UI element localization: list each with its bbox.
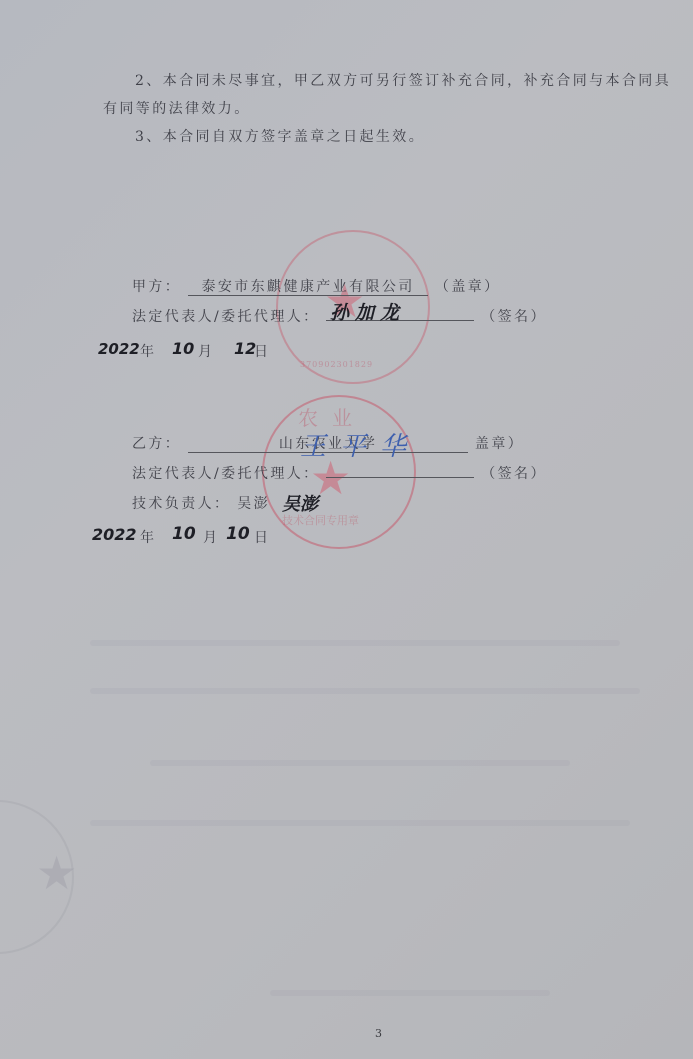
party-a-row: 甲方： 泰安市东麒健康产业有限公司 （盖章） <box>132 276 501 296</box>
contract-page: 2、本合同未尽事宜，甲乙双方可另行签订补充合同，补充合同与本合同具 有同等的法律… <box>0 0 693 1059</box>
party-a-date-year-suffix: 年 <box>140 341 156 361</box>
bleed-through-text <box>90 820 630 826</box>
party-b-date-month-suffix: 月 <box>203 527 219 547</box>
party-a-name: 泰安市东麒健康产业有限公司 <box>188 279 428 296</box>
party-a-seal-number: 370902301829 <box>300 360 373 369</box>
clause-2-line-1: 2、本合同未尽事宜，甲乙双方可另行签订补充合同，补充合同与本合同具 <box>135 70 671 90</box>
party-b-seal-note: 盖章） <box>475 436 524 452</box>
bleed-through-star-icon: ★ <box>36 850 77 896</box>
party-a-date-day: 12 <box>234 339 256 358</box>
party-b-tech-signature: 吴澎 <box>282 490 318 516</box>
page-number: 3 <box>375 1027 382 1040</box>
party-b-date-day: 10 <box>226 524 250 544</box>
bleed-through-text <box>150 760 570 766</box>
party-a-rep-label: 法定代表人/委托代理人： <box>132 309 320 325</box>
bleed-through-text <box>270 990 550 996</box>
party-b-rep-signature: 王平华 <box>300 426 420 463</box>
party-b-date-month: 10 <box>172 524 196 544</box>
party-a-date-month-suffix: 月 <box>198 341 214 361</box>
party-b-date-year-suffix: 年 <box>140 527 156 547</box>
party-b-rep-row: 法定代表人/委托代理人： （签名） <box>132 463 547 483</box>
party-b-label: 乙方： <box>132 436 181 452</box>
bleed-through-text <box>90 640 620 646</box>
party-a-sign-note: （签名） <box>481 309 547 325</box>
party-b-tech-label: 技术负责人： <box>132 496 230 512</box>
clause-2-line-2: 有同等的法律效力。 <box>103 98 251 118</box>
party-b-tech-row: 技术负责人： 吴澎 <box>132 493 270 513</box>
party-b-rep-signature-line <box>326 477 474 478</box>
party-b-sign-note: （签名） <box>481 466 547 482</box>
party-b-tech-name: 吴澎 <box>237 496 270 512</box>
party-a-rep-signature: 孙加龙 <box>330 298 405 325</box>
party-a-label: 甲方： <box>132 279 181 295</box>
bleed-through-text <box>90 688 640 694</box>
clause-3: 3、本合同自双方签字盖章之日起生效。 <box>135 126 425 146</box>
party-a-date-day-suffix: 日 <box>254 341 270 361</box>
party-a-date-month: 10 <box>172 339 194 358</box>
party-b-date-day-suffix: 日 <box>254 527 270 547</box>
party-a-seal-note: （盖章） <box>435 279 501 295</box>
party-a-date-year: 2022 <box>98 340 140 358</box>
party-b-date-year: 2022 <box>92 525 137 544</box>
party-b-rep-label: 法定代表人/委托代理人： <box>132 466 320 482</box>
